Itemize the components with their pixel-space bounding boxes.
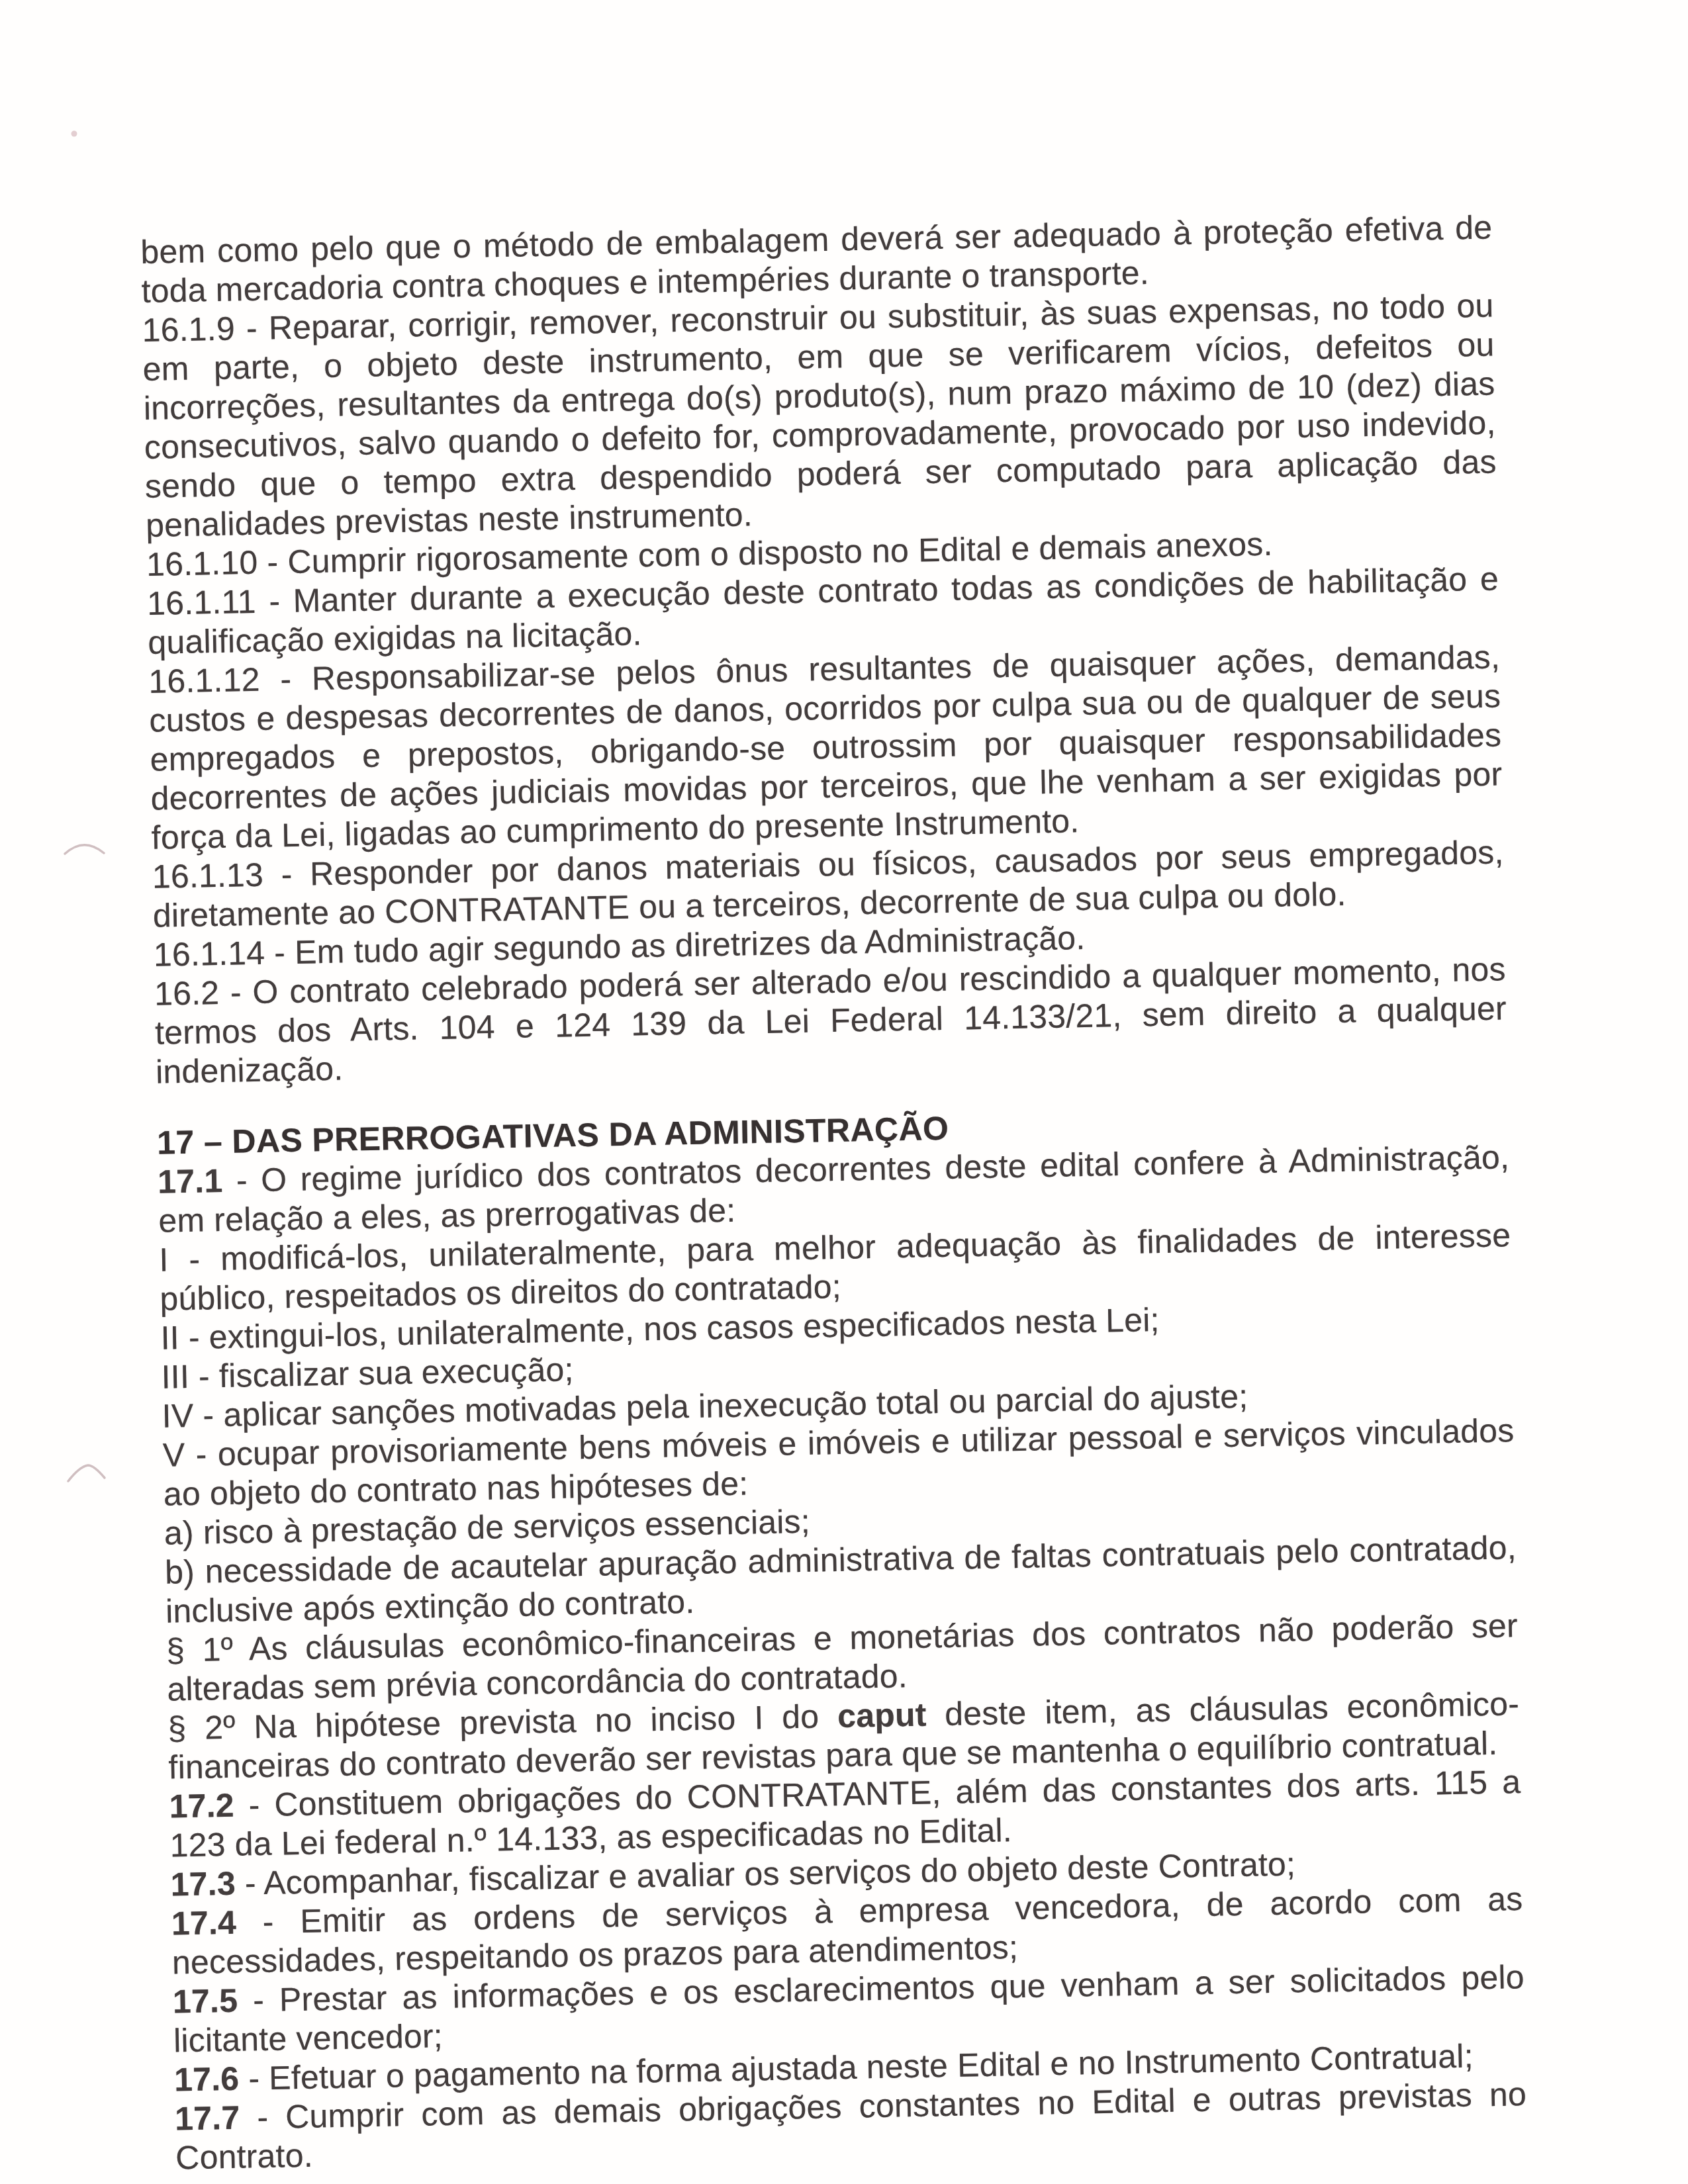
clause-text: 16.2 - O contrato celebrado poderá ser a… <box>154 950 1507 1090</box>
clause-number: 17.3 <box>170 1865 236 1903</box>
caput-bold-word: caput <box>837 1696 927 1735</box>
scan-arc-mark-upper <box>65 845 104 854</box>
clause-number: 17.5 <box>172 1982 238 2021</box>
paragraph-16-1-9: 16.1.9 - Reparar, corrigir, remover, rec… <box>142 287 1497 545</box>
paragraph-16-1-12: 16.1.12 - Responsabilizar-se pelos ônus … <box>148 637 1503 857</box>
document-page: bem como pelo que o método de embalagem … <box>0 0 1688 2184</box>
clause-number: 17.1 <box>158 1162 223 1201</box>
document-text-block: bem como pelo que o método de embalagem … <box>140 208 1528 2178</box>
clause-number: 17.4 <box>171 1904 236 1942</box>
clause-number: 17.7 <box>175 2099 240 2138</box>
scan-dot-mark <box>71 131 77 137</box>
scanned-document: { "page": { "background": "#fffefd", "te… <box>0 0 1688 2184</box>
clause-number: 17.6 <box>174 2060 240 2099</box>
clause-text: 16.1.9 - Reparar, corrigir, remover, rec… <box>142 287 1497 544</box>
scan-arc-mark-lower <box>68 1465 105 1481</box>
clause-number: 17.2 <box>169 1787 234 1825</box>
clause-text: III - fiscalizar sua execução; <box>161 1351 574 1395</box>
clause-text: 16.1.12 - Responsabilizar-se pelos ônus … <box>148 638 1503 856</box>
paragraph-16-2: 16.2 - O contrato celebrado poderá ser a… <box>154 950 1508 1091</box>
